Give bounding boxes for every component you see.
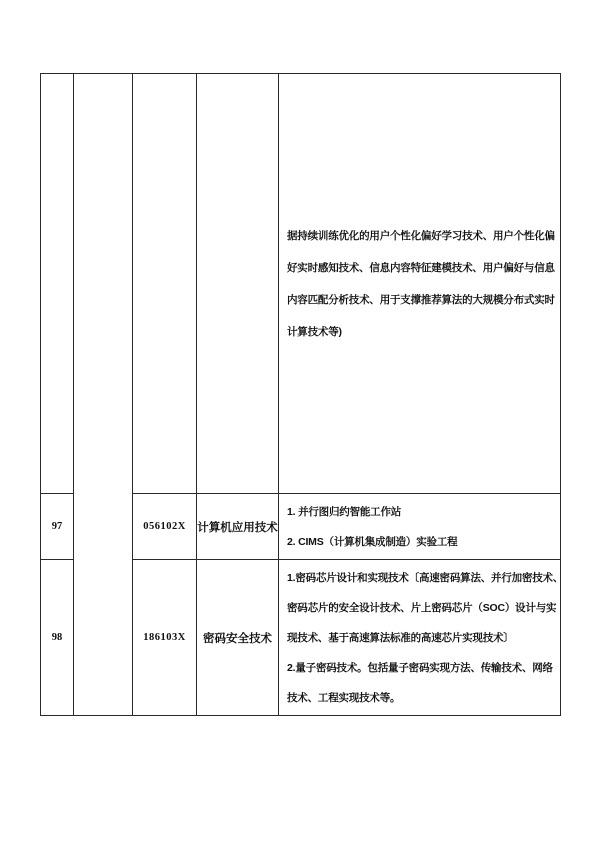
document-page: 据持续训练优化的用户个性化偏好学习技术、用户个性化偏 好实时感知技术、信息内容特… (0, 0, 600, 848)
category-merged-cell (74, 74, 133, 716)
tech-name-cell (197, 74, 279, 494)
tech-name-cell: 密码安全技术 (197, 560, 279, 716)
tech-name-cell: 计算机应用技术 (197, 494, 279, 560)
table-row-continuation: 据持续训练优化的用户个性化偏好学习技术、用户个性化偏 好实时感知技术、信息内容特… (41, 74, 561, 494)
code-cell: 186103X (133, 560, 197, 716)
code-cell: 056102X (133, 494, 197, 560)
tech-catalog-table: 据持续训练优化的用户个性化偏好学习技术、用户个性化偏 好实时感知技术、信息内容特… (40, 73, 561, 716)
description-cell: 1.密码芯片设计和实现技术〔高速密码算法、并行加密技术、 密码芯片的安全设计技术… (279, 560, 561, 716)
serial-number-cell: 97 (41, 494, 74, 560)
serial-number-cell: 98 (41, 560, 74, 716)
serial-number-cell (41, 74, 74, 494)
description-cell: 据持续训练优化的用户个性化偏好学习技术、用户个性化偏 好实时感知技术、信息内容特… (279, 74, 561, 494)
code-cell (133, 74, 197, 494)
description-cell: 1. 并行图归约智能工作站 2. CIMS（计算机集成制造）实验工程 (279, 494, 561, 560)
